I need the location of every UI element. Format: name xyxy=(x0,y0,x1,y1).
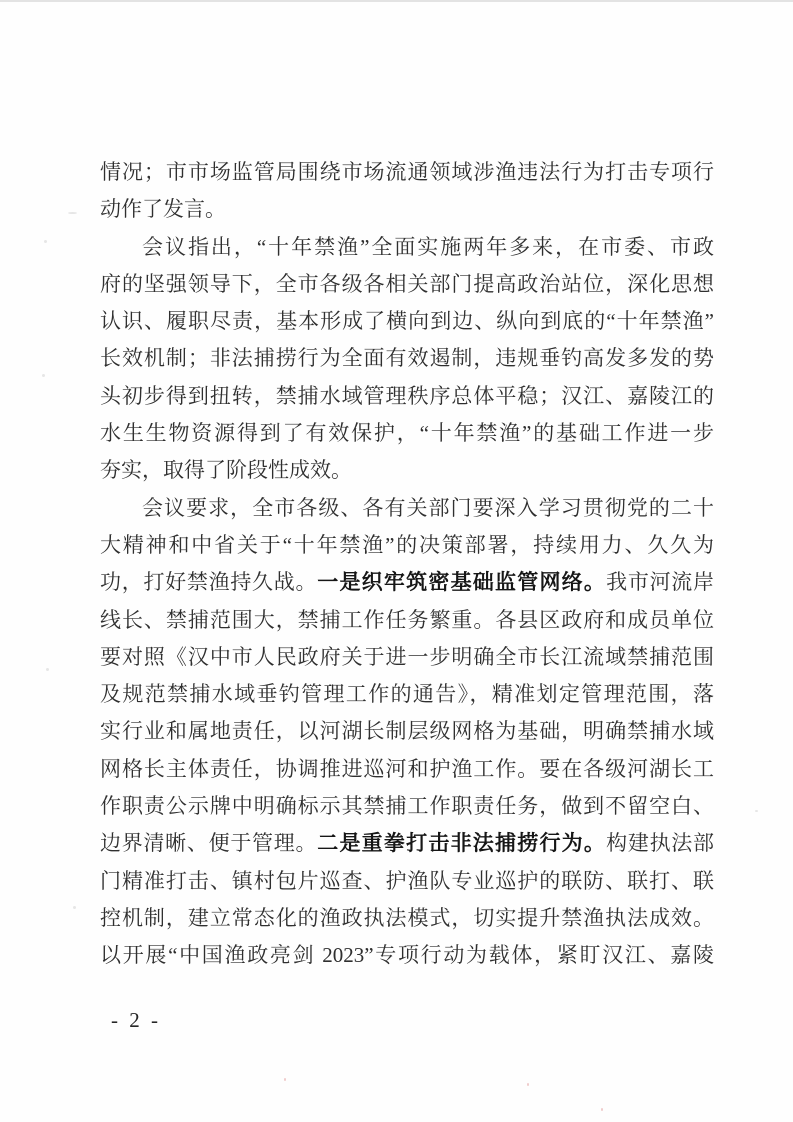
scan-artifact xyxy=(46,668,49,671)
text-line: 夯实，取得了阶段性成效。 xyxy=(100,452,714,489)
text-line: 大精神和中省关于“十年禁渔”的决策部署，持续用力、久久为 xyxy=(100,527,714,564)
text-line: 控机制，建立常态化的渔政执法模式，切实提升禁渔执法成效。 xyxy=(100,900,714,937)
text-run: 水生生物资源得到了有效保护，“十年禁渔”的基础工作进一步 xyxy=(100,421,714,445)
text-line: 动作了发言。 xyxy=(100,191,714,228)
text-line: 实行业和属地责任，以河湖长制层级网格为基础，明确禁捕水域 xyxy=(100,713,714,750)
scanned-document-page: 情况；市市场监管局围绕市场流通领域涉渔违法行为打击专项行动作了发言。会议指出，“… xyxy=(0,0,793,1122)
scan-artifact xyxy=(527,1083,529,1086)
text-line: 会议指出，“十年禁渔”全面实施两年多来，在市委、市政 xyxy=(100,229,714,266)
text-line: 门精准打击、镇村包片巡查、护渔队专业巡护的联防、联打、联 xyxy=(100,863,714,900)
text-line: 头初步得到扭转，禁捕水域管理秩序总体平稳；汉江、嘉陵江的 xyxy=(100,378,714,415)
scan-artifact xyxy=(73,906,76,909)
text-run: 作职责公示牌中明确标示其禁捕工作职责任务，做到不留空白、 xyxy=(100,794,714,818)
text-run: 门精准打击、镇村包片巡查、护渔队专业巡护的联防、联打、联 xyxy=(100,869,714,893)
text-line: 网格长主体责任，协调推进巡河和护渔工作。要在各级河湖长工 xyxy=(100,751,714,788)
text-run: 长效机制；非法捕捞行为全面有效遏制，违规垂钓高发多发的势 xyxy=(100,346,714,370)
text-line: 以开展“中国渔政亮剑 2023”专项行动为载体，紧盯汉江、嘉陵 xyxy=(100,937,714,974)
page-number: - 2 - xyxy=(111,1008,161,1033)
scan-artifact xyxy=(284,1078,286,1081)
text-run: 会议指出，“十年禁渔”全面实施两年多来，在市委、市政 xyxy=(142,235,714,259)
text-run: 头初步得到扭转，禁捕水域管理秩序总体平稳；汉江、嘉陵江的 xyxy=(100,384,714,408)
text-run: 及规范禁捕水域垂钓管理工作的通告》，精准划定管理范围，落 xyxy=(100,682,714,706)
text-line: 水生生物资源得到了有效保护，“十年禁渔”的基础工作进一步 xyxy=(100,415,714,452)
text-line: 会议要求，全市各级、各有关部门要深入学习贯彻党的二十 xyxy=(100,490,714,527)
document-body: 情况；市市场监管局围绕市场流通领域涉渔违法行为打击专项行动作了发言。会议指出，“… xyxy=(100,154,714,975)
text-line: 要对照《汉中市人民政府关于进一步明确全市长江流域禁捕范围 xyxy=(100,639,714,676)
text-run: 夯实，取得了阶段性成效。 xyxy=(100,458,352,482)
text-line: 线长、禁捕范围大，禁捕工作任务繁重。各县区政府和成员单位 xyxy=(100,602,714,639)
text-line: 边界清晰、便于管理。二是重拳打击非法捕捞行为。构建执法部 xyxy=(100,825,714,862)
text-line: 长效机制；非法捕捞行为全面有效遏制，违规垂钓高发多发的势 xyxy=(100,340,714,377)
text-run: 情况；市市场监管局围绕市场流通领域涉渔违法行为打击专项行 xyxy=(100,160,714,184)
text-run: 动作了发言。 xyxy=(100,197,226,221)
text-run: 府的坚强领导下，全市各级各相关部门提高政治站位，深化思想 xyxy=(100,272,714,296)
text-line: 认识、履职尽责，基本形成了横向到边、纵向到底的“十年禁渔” xyxy=(100,303,714,340)
text-run: 实行业和属地责任，以河湖长制层级网格为基础，明确禁捕水域 xyxy=(100,719,714,743)
text-run: 认识、履职尽责，基本形成了横向到边、纵向到底的“十年禁渔” xyxy=(100,309,714,333)
text-line: 府的坚强领导下，全市各级各相关部门提高政治站位，深化思想 xyxy=(100,266,714,303)
text-run: 会议要求，全市各级、各有关部门要深入学习贯彻党的二十 xyxy=(142,496,714,520)
scan-artifact xyxy=(44,240,47,243)
text-run: 边界清晰、便于管理。 xyxy=(100,831,317,855)
text-run: 以开展“中国渔政亮剑 2023”专项行动为载体，紧盯汉江、嘉陵 xyxy=(100,943,714,967)
text-run: 网格长主体责任，协调推进巡河和护渔工作。要在各级河湖长工 xyxy=(100,757,714,781)
text-line: 情况；市市场监管局围绕市场流通领域涉渔违法行为打击专项行 xyxy=(100,154,714,191)
text-run: 线长、禁捕范围大，禁捕工作任务繁重。各县区政府和成员单位 xyxy=(100,608,714,632)
scan-artifact xyxy=(601,1108,603,1111)
text-line: 及规范禁捕水域垂钓管理工作的通告》，精准划定管理范围，落 xyxy=(100,676,714,713)
text-run: 我市河流岸 xyxy=(606,570,714,594)
bold-text-run: 一是织牢筑密基础监管网络。 xyxy=(317,571,606,594)
scan-artifact xyxy=(42,374,45,377)
text-run: 功，打好禁渔持久战。 xyxy=(100,570,317,594)
bold-text-run: 二是重拳打击非法捕捞行为。 xyxy=(317,832,606,855)
text-run: 构建执法部 xyxy=(606,831,714,855)
text-line: 作职责公示牌中明确标示其禁捕工作职责任务，做到不留空白、 xyxy=(100,788,714,825)
scan-artifact xyxy=(755,810,758,812)
text-run: 控机制，建立常态化的渔政执法模式，切实提升禁渔执法成效。 xyxy=(100,906,714,930)
text-run: 要对照《汉中市人民政府关于进一步明确全市长江流域禁捕范围 xyxy=(100,645,714,669)
text-run: 大精神和中省关于“十年禁渔”的决策部署，持续用力、久久为 xyxy=(100,533,714,557)
scan-artifact xyxy=(68,212,77,214)
scan-edge-artifact xyxy=(0,0,793,2)
text-line: 功，打好禁渔持久战。一是织牢筑密基础监管网络。我市河流岸 xyxy=(100,564,714,601)
